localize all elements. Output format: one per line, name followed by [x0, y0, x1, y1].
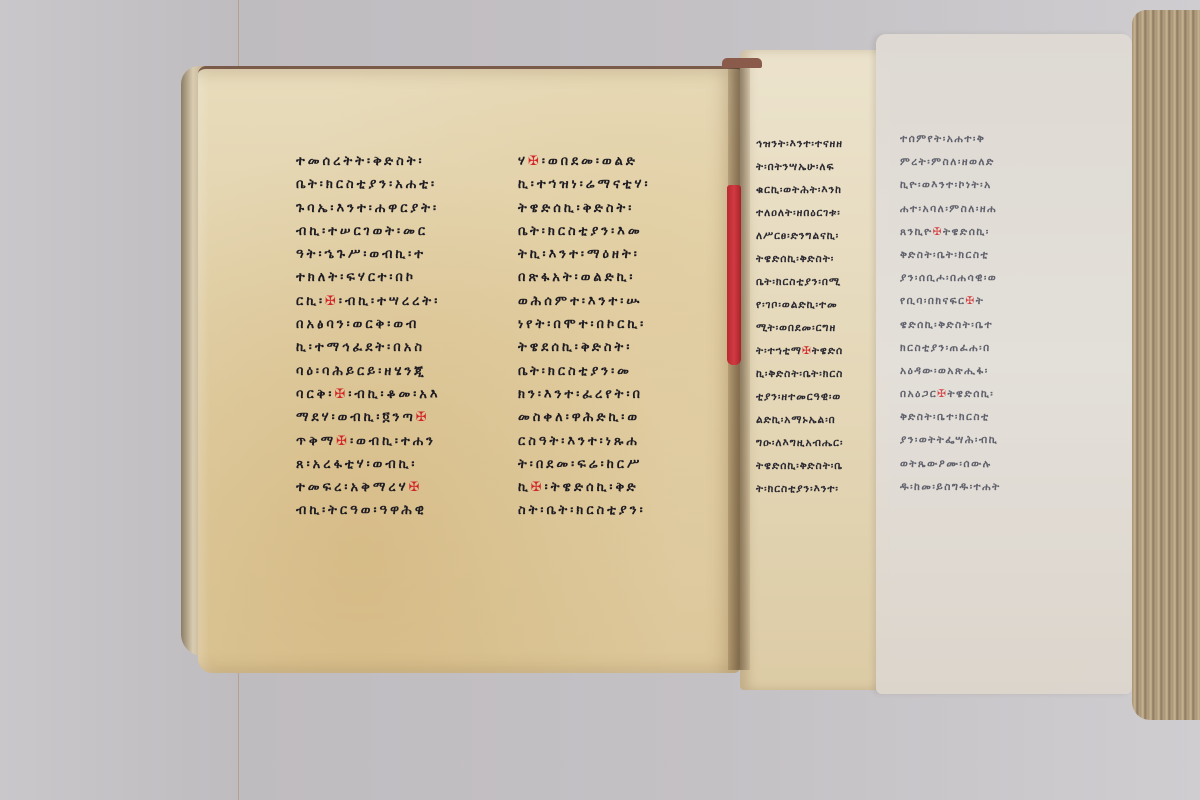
- text-line: የ፡ገቦ፡ወልድኪ፡ተመ: [756, 294, 843, 317]
- text-line: ተሰምየት፡አሐተ፡ቅ: [900, 128, 1001, 151]
- text-line: ቤት፡ክርስቲያን፡መ: [518, 360, 651, 383]
- right-page-column: ኅዝንት፡እንተ፡ተናዘዘ ት፡በትንሣኤሁ፡ለፍ ቁርኪ፡ወትሕት፡እንከ ተ…: [756, 133, 843, 501]
- rubric-cross-icon: ✠: [802, 345, 812, 357]
- text-line: ኅዝንት፡እንተ፡ተናዘዘ: [756, 133, 843, 156]
- rubric-cross-icon: ✠: [416, 410, 430, 425]
- text-line: ግዑ፡ለእግዚአብሔር፡: [756, 432, 843, 455]
- left-page: [198, 66, 740, 673]
- page-edges-stack: [1132, 10, 1200, 720]
- bookmark-ribbon: [727, 185, 741, 365]
- text-line: ዓት፡ኄጉሥ፡ወብኪ፡ተ: [296, 243, 441, 266]
- rubric-cross-icon: ✠: [325, 294, 339, 309]
- text-line: ት፡ክርስቲያን፡እንተ፡: [756, 478, 843, 501]
- text-line: ወትጼውዖሙ፡ሰውሉ: [900, 453, 1001, 476]
- text-line: ቤት፡ክርስቲያን፡በሚ: [756, 271, 843, 294]
- text-line: ትዌድሰኪ፡ቅድስት፡: [756, 248, 843, 271]
- text-line: ምረት፡ምስለ፡ዘወለድ: [900, 151, 1001, 174]
- text-line: ት፡በትንሣኤሁ፡ለፍ: [756, 156, 843, 179]
- text-line: ዌድሰኪ፡ቅድስት፡ቤተ: [900, 314, 1001, 337]
- rubric-cross-icon: ✠: [528, 154, 542, 169]
- text-line: ዱ፡ከመ፡ይስግዱ፡ተሐት: [900, 476, 1001, 499]
- text-line: ጥቅማ✠፡ወብኪ፡ተሐን: [296, 430, 441, 453]
- left-page-column-1: ተመሰረትት፡ቅድስት፡ ቤት፡ክርስቲያን፡አሐቲ፡ ጉባኤ፡እንተ፡ሐዋርያ…: [296, 150, 441, 523]
- text-line: ባዕ፡ባሕይርይ፡ዘሄንጂ: [296, 360, 441, 383]
- text-line: ቅድስት፡ቤት፡ክርስቲ: [900, 244, 1001, 267]
- text-line: የቢባ፡በክናፍር✠ት: [900, 290, 1001, 313]
- text-line: ቤት፡ክርስቲያን፡እመ: [518, 220, 651, 243]
- text-line: ያን፡ወትትፌሣሕ፡ብኪ: [900, 429, 1001, 452]
- text-line: ኪ✠፡ትዌድሰኪ፡ቅድ: [518, 476, 651, 499]
- text-line: ተመሰረትት፡ቅድስት፡: [296, 150, 441, 173]
- gutter-shadow: [728, 66, 750, 670]
- text-line: ቤት፡ክርስቲያን፡አሐቲ፡: [296, 173, 441, 196]
- text-line: ት፡ተኀቲማ✠ትዌድሰ: [756, 340, 843, 363]
- text-line: ኪዮ፡ወእንተ፡ኮነት፡አ: [900, 174, 1001, 197]
- text-line: ርስዓት፡እንተ፡ነጹሐ: [518, 430, 651, 453]
- text-line: ኪ፡ቅድስት፡ቤት፡ክርስ: [756, 363, 843, 386]
- text-line: ትዌድሰኪ፡ቅድስት፡ቤ: [756, 455, 843, 478]
- text-line: ባርቅ፡✠፡ብኪ፡ቆመ፡አእ: [296, 383, 441, 406]
- text-line: ወሕሰምተ፡እንተ፡ሡ: [518, 290, 651, 313]
- text-line: በአፅባን፡ወርቅ፡ወብ: [296, 313, 441, 336]
- text-line: ቁርኪ፡ወትሕት፡እንከ: [756, 179, 843, 202]
- text-line: ርኪ፡✠፡ብኪ፡ተሣረረት፡: [296, 290, 441, 313]
- text-line: ኪ፡ተማኅፈደት፡በአስ: [296, 336, 441, 359]
- rubric-cross-icon: ✠: [965, 295, 975, 307]
- text-line: ተለዐለት፡ዘበዕርገቱ፡: [756, 202, 843, 225]
- text-line: መስቀለ፡ዋሕድኪ፡ወ: [518, 406, 651, 429]
- text-line: ተክለት፡ፍሃርተ፡በኮ: [296, 266, 441, 289]
- left-page-column-2: ሃ✠፡ወበደመ፡ወልድ ኪ፡ተኀዝነ፡ሬማናቲሃ፡ ትዌድሰኪ፡ቅድስት፡ ቤት…: [518, 150, 651, 523]
- text-line: ትዌደሰኪ፡ቅድስት፡: [518, 336, 651, 359]
- text-line: ብኪ፡ተሠርገወት፡መር: [296, 220, 441, 243]
- text-line: ያን፡ሰቢሖ፡በሐሳዊ፡ወ: [900, 267, 1001, 290]
- rubric-cross-icon: ✠: [531, 480, 545, 495]
- text-line: በጽፋአት፡ወልድኪ፡: [518, 266, 651, 289]
- text-line: ት፡በደመ፡ፍሬ፡ከርሥ: [518, 453, 651, 476]
- text-line: ክን፡እንተ፡ፈረየት፡በ: [518, 383, 651, 406]
- binding-clasp: [722, 58, 762, 68]
- text-line: ተመፍረ፡አቅማረሃ✠: [296, 476, 441, 499]
- text-line: ጸንኪዮ✠ትዌድሰኪ፡: [900, 221, 1001, 244]
- rubric-cross-icon: ✠: [409, 480, 423, 495]
- text-line: ለሥርፀ፡ድንግልናኪ፡: [756, 225, 843, 248]
- text-line: ማደሃ፡ወብኪ፡፬ንጣ✠: [296, 406, 441, 429]
- text-line: ብኪ፡ትርዓወ፡ዓዋሕዊ: [296, 499, 441, 522]
- text-line: ነየት፡በሞተ፡በኮርኪ፡: [518, 313, 651, 336]
- text-line: ጸ፡አረፋቲሃ፡ወብኪ፡: [296, 453, 441, 476]
- rubric-cross-icon: ✠: [937, 388, 947, 400]
- text-line: አዕዳው፡ወአጽሒፋ፡: [900, 360, 1001, 383]
- rubric-cross-icon: ✠: [933, 226, 943, 238]
- text-line: ሐተ፡አባለ፡ምስለ፡ዘሐ: [900, 198, 1001, 221]
- text-line: በአዕጋር✠ትዌድሰኪ፡: [900, 383, 1001, 406]
- text-line: ቅድስት፡ቤተ፡ክርስቲ: [900, 406, 1001, 429]
- text-line: ሃ✠፡ወበደመ፡ወልድ: [518, 150, 651, 173]
- text-line: ክርስቲያን፡ጠፈሐ፡በ: [900, 337, 1001, 360]
- text-line: ስት፡ቤት፡ክርስቲያን፡: [518, 499, 651, 522]
- tissue-page-column: ተሰምየት፡አሐተ፡ቅ ምረት፡ምስለ፡ዘወለድ ኪዮ፡ወእንተ፡ኮነት፡አ ሐ…: [900, 128, 1001, 499]
- text-line: ትዌድሰኪ፡ቅድስት፡: [518, 197, 651, 220]
- rubric-cross-icon: ✠: [336, 434, 350, 449]
- text-line: ጉባኤ፡እንተ፡ሐዋርያት፡: [296, 197, 441, 220]
- manuscript-photo: ተመሰረትት፡ቅድስት፡ ቤት፡ክርስቲያን፡አሐቲ፡ ጉባኤ፡እንተ፡ሐዋርያ…: [0, 0, 1200, 800]
- rubric-cross-icon: ✠: [334, 387, 348, 402]
- text-line: ልድኪ፡አማኑኤል፡በ: [756, 409, 843, 432]
- text-line: ኪ፡ተኀዝነ፡ሬማናቲሃ፡: [518, 173, 651, 196]
- text-line: ቲያን፡ዘተመርዓዊ፡ወ: [756, 386, 843, 409]
- text-line: ትኪ፡እንተ፡ማዕዘት፡: [518, 243, 651, 266]
- text-line: ሚት፡ወበደመ፡ርግዘ: [756, 317, 843, 340]
